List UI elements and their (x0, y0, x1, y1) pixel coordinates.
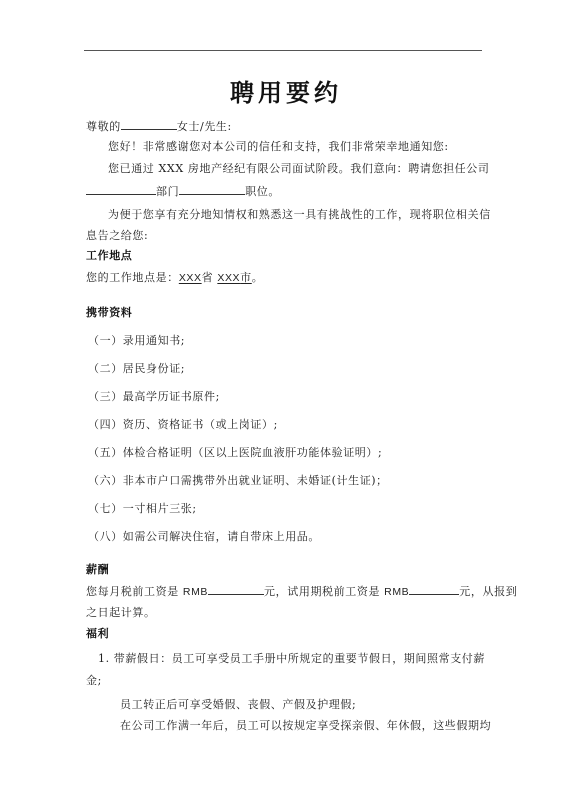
greeting-suffix: 女士/先生: (177, 120, 232, 133)
benefits-heading: 福利 (86, 627, 484, 641)
materials-item: （六）非本市户口需携带外出就业证明、未婚证(计生证)； (88, 474, 486, 488)
province-label: 省 (202, 271, 214, 284)
department-label: 部门 (156, 185, 179, 198)
salary-line-1: 您每月税前工资是 RMB元，试用期税前工资是 RMB元，从报到 (86, 584, 484, 599)
department-blank-field[interactable] (86, 184, 156, 195)
work-location-line: 您的工作地点是：XXX省 XXX市。 (86, 271, 484, 285)
work-location-heading: 工作地点 (86, 249, 484, 263)
position-blank-field[interactable] (179, 184, 245, 195)
benefits-item-1-line-2: 金; (86, 674, 484, 688)
salary-heading: 薪酬 (86, 563, 484, 577)
position-label: 职位。 (245, 185, 280, 198)
work-location-prefix: 您的工作地点是： (86, 271, 179, 284)
document-page: 聘用要约 尊敬的女士/先生: 您好！非常感谢您对本公司的信任和支持，我们非常荣幸… (0, 0, 566, 800)
info-paragraph-line-2: 息告之给您: (86, 229, 484, 243)
intro-paragraph-1: 您好！非常感谢您对本公司的信任和支持，我们非常荣幸地通知您: (108, 140, 506, 154)
document-title: 聘用要约 (0, 78, 566, 108)
currency-label: RMB (384, 586, 409, 598)
info-paragraph-line-1: 为便于您享有充分地知情权和熟悉这一具有挑战性的工作，现将职位相关信 (108, 208, 506, 222)
monthly-salary-blank-field[interactable] (208, 584, 264, 595)
city-value: XXX (217, 272, 240, 284)
materials-item: （二）居民身份证; (88, 362, 486, 376)
benefits-paragraph-2: 员工转正后可享受婚假、丧假、产假及护理假; (120, 698, 518, 712)
materials-item: （七）一寸相片三张; (88, 502, 486, 516)
materials-item: （四）资历、资格证书（或上岗证）; (88, 418, 486, 432)
currency-label: RMB (183, 586, 208, 598)
materials-item: （八）如需公司解决住宿，请自带床上用品。 (88, 530, 486, 544)
materials-item: （三）最高学历证书原件; (88, 390, 486, 404)
position-line: 部门职位。 (86, 184, 484, 199)
materials-item: （一）录用通知书; (88, 334, 486, 348)
benefits-paragraph-3: 在公司工作满一年后，员工可以按规定享受探亲假、年休假，这些假期均 (120, 719, 518, 733)
materials-item: （五）体检合格证明（区以上医院血液肝功能体验证明）; (88, 446, 486, 460)
salary-line-2: 之日起计算。 (86, 606, 484, 620)
greeting-line: 尊敬的女士/先生: (86, 119, 484, 134)
salary-text-b: 元，试用期税前工资是 (264, 585, 384, 598)
benefits-item-1-line-1: 1. 带薪假日：员工可享受员工手册中所规定的重要节假日，期间照常支付薪 (98, 652, 496, 666)
salary-text-a: 您每月税前工资是 (86, 585, 183, 598)
name-blank-field[interactable] (121, 119, 177, 130)
greeting-prefix: 尊敬的 (86, 120, 121, 133)
header-rule (84, 50, 482, 51)
province-value: XXX (179, 272, 202, 284)
location-end: 。 (252, 271, 264, 284)
city-label: 市 (240, 271, 252, 284)
probation-salary-blank-field[interactable] (409, 584, 459, 595)
intro-paragraph-2: 您已通过 XXX 房地产经纪有限公司面试阶段。我们意向：聘请您担任公司 (108, 162, 506, 176)
materials-heading: 携带资料 (86, 306, 484, 320)
salary-text-c: 元，从报到 (459, 585, 517, 598)
